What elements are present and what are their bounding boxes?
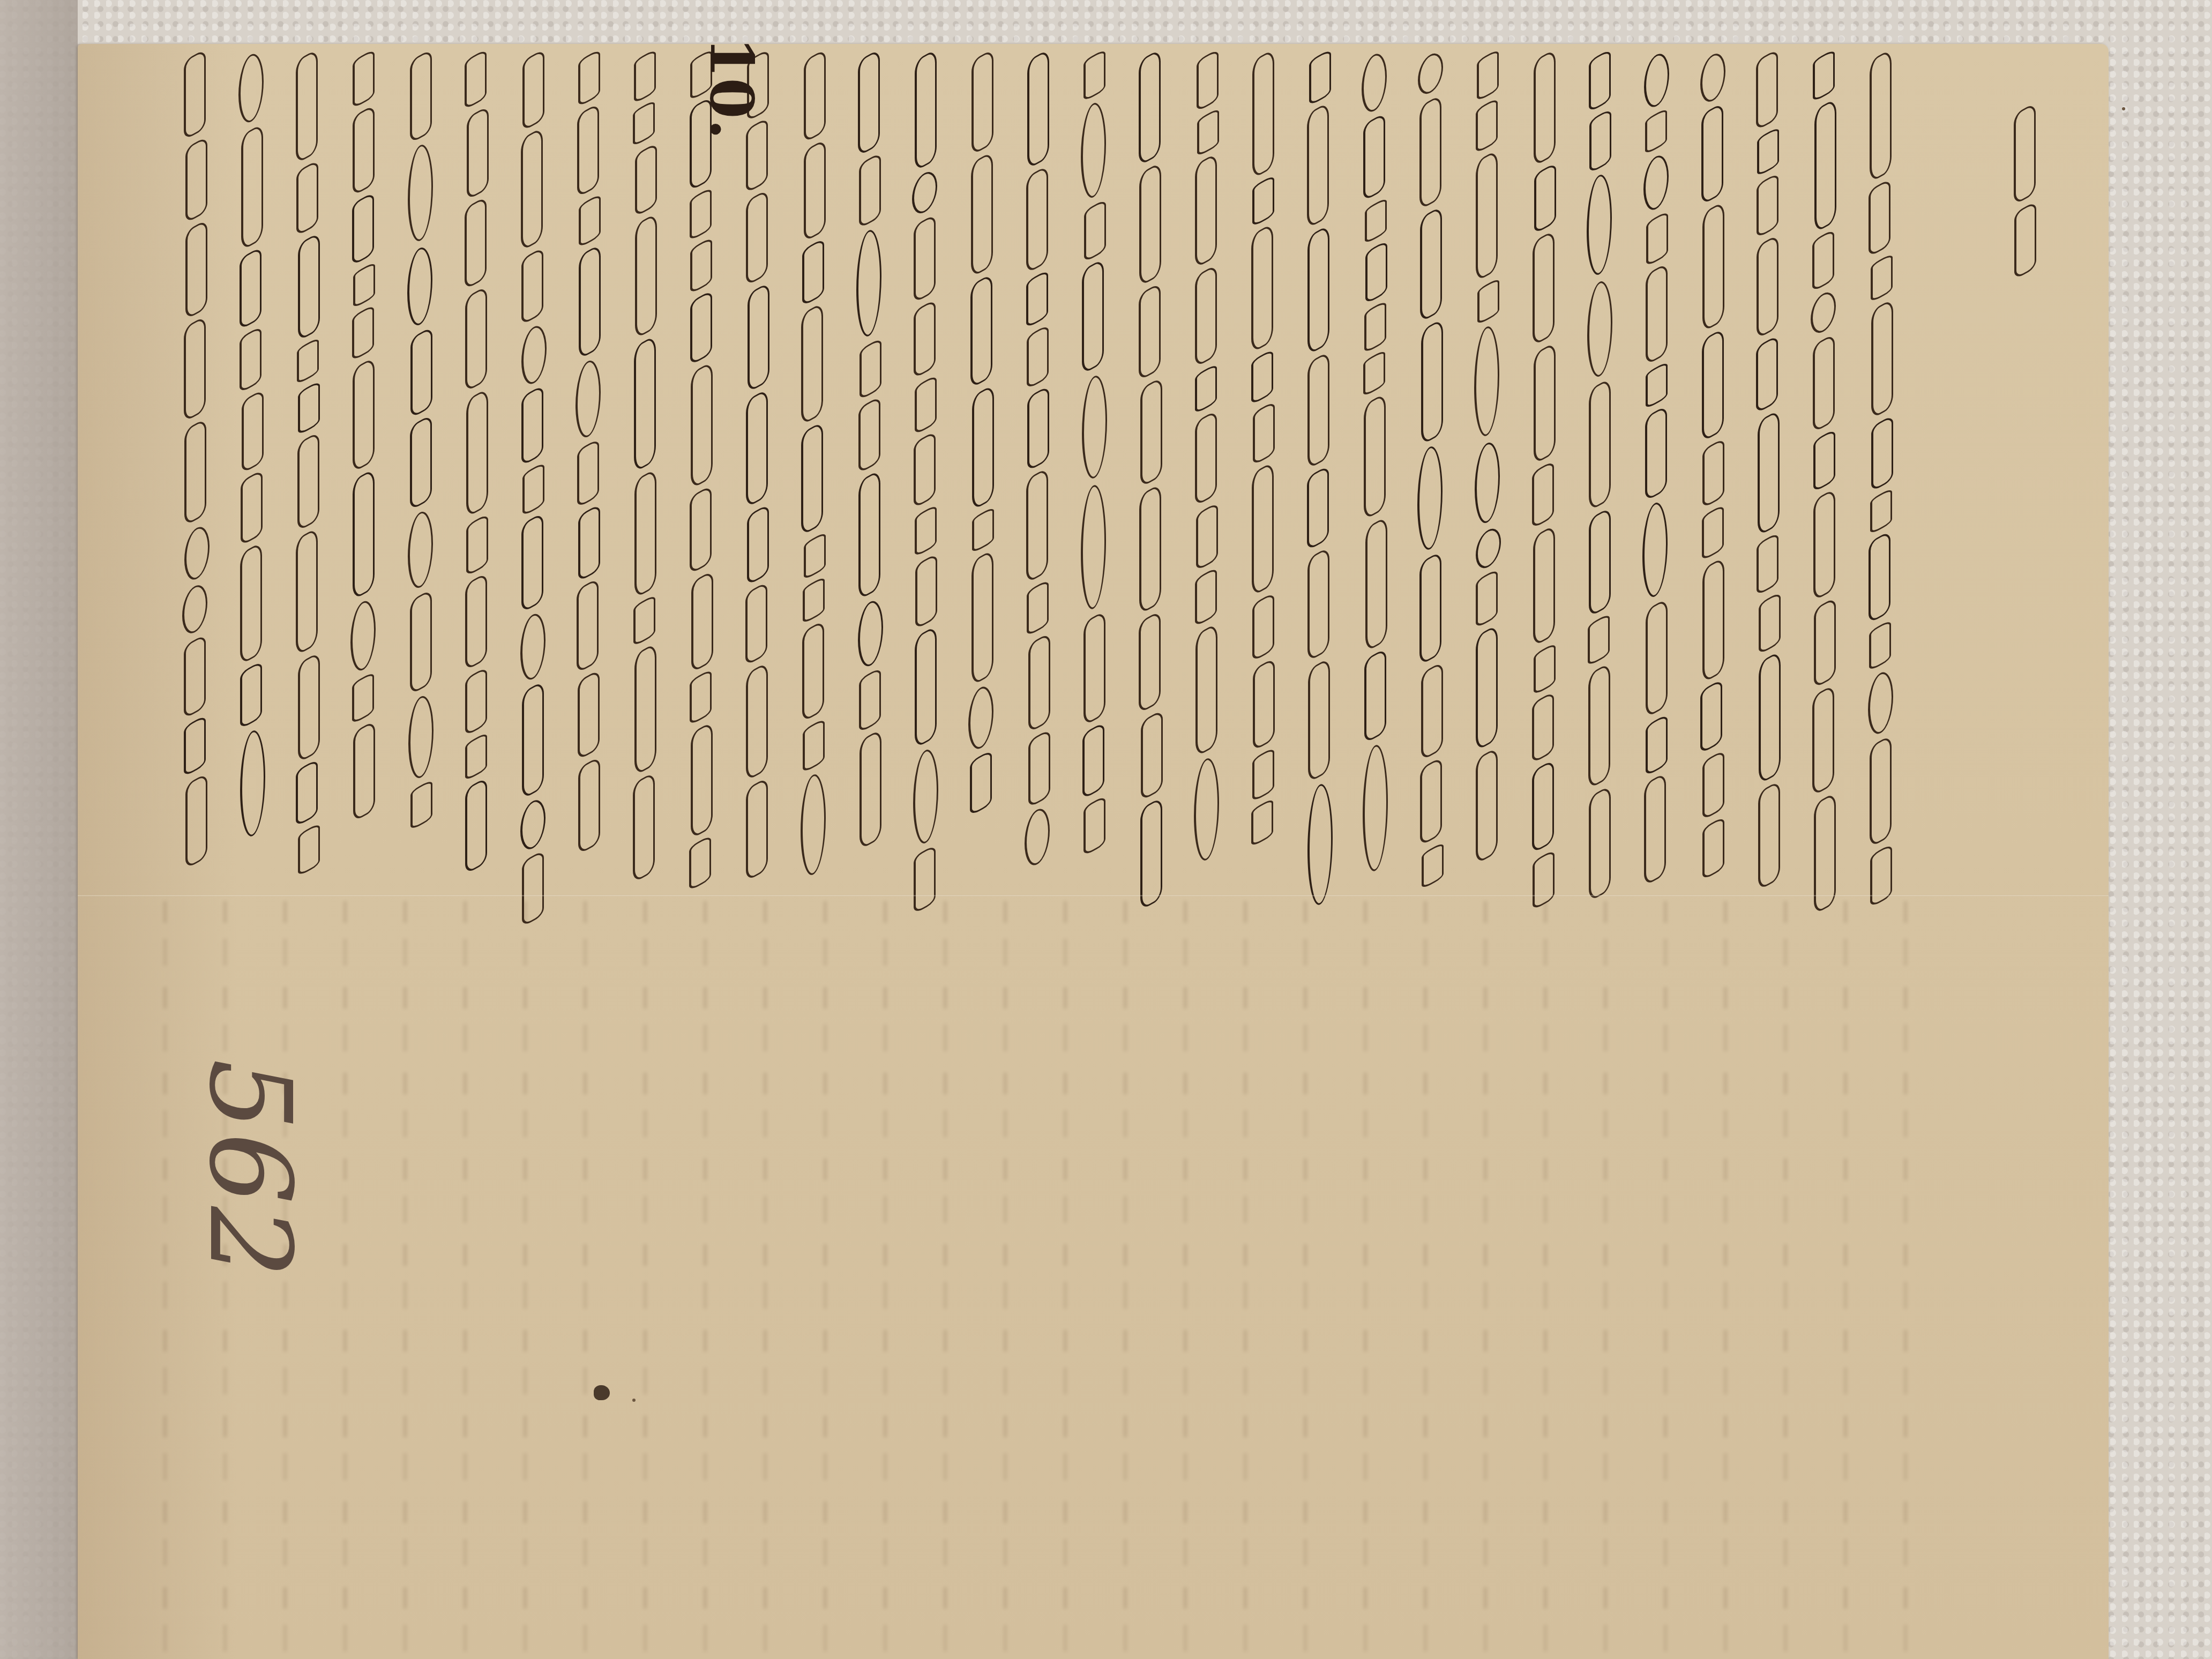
handwritten-word — [1813, 429, 1835, 492]
handwritten-word — [353, 357, 375, 473]
handwritten-word — [1589, 378, 1611, 511]
handwritten-word — [633, 100, 655, 147]
handwritten-word — [1813, 49, 1835, 102]
handwritten-word — [1812, 229, 1834, 292]
handwritten-word — [2014, 102, 2036, 205]
handwritten-word — [184, 634, 206, 719]
handwritten-line — [907, 55, 945, 908]
handwritten-word — [858, 469, 880, 600]
bleed-through-line — [764, 901, 767, 1659]
handwritten-word — [352, 192, 374, 266]
handwritten-word — [1534, 162, 1556, 234]
handwritten-word — [578, 49, 600, 107]
handwritten-word — [298, 380, 320, 436]
handwritten-word — [856, 224, 881, 343]
handwritten-word — [746, 777, 768, 881]
handwritten-word — [1253, 401, 1275, 466]
handwritten-line — [1413, 55, 1450, 884]
handwritten-word — [1252, 747, 1274, 802]
handwritten-word — [1757, 126, 1779, 177]
handwritten-word — [747, 504, 769, 586]
handwritten-word — [465, 667, 487, 736]
handwritten-line — [1357, 55, 1394, 871]
handwritten-word — [1195, 153, 1217, 268]
bleed-through-line — [884, 901, 887, 1659]
handwritten-word — [1869, 530, 1890, 624]
handwritten-word — [1364, 393, 1386, 520]
handwritten-word — [972, 384, 994, 511]
handwritten-word — [298, 652, 320, 763]
handwritten-word — [297, 337, 319, 385]
handwritten-word — [240, 246, 261, 330]
handwritten-word — [1476, 98, 1498, 154]
handwritten-word — [1422, 842, 1444, 890]
handwritten-word — [1251, 798, 1273, 847]
fold-crease — [78, 895, 2109, 896]
handwritten-word — [350, 595, 376, 677]
handwritten-word — [408, 506, 433, 594]
handwritten-text-block — [78, 44, 2109, 896]
handwritten-word — [352, 671, 374, 724]
handwritten-word — [1702, 504, 1724, 561]
handwritten-word — [689, 835, 711, 891]
handwritten-word — [1476, 569, 1498, 629]
handwritten-word — [240, 724, 265, 843]
handwritten-line — [1750, 55, 1787, 885]
handwritten-word — [1868, 667, 1893, 740]
handwritten-word — [1420, 757, 1442, 846]
handwritten-word — [1083, 49, 1105, 102]
handwritten-word — [1421, 318, 1443, 445]
handwritten-word — [1195, 623, 1217, 757]
bleed-through-line — [1844, 901, 1847, 1659]
handwritten-word — [690, 187, 712, 241]
handwritten-word — [1081, 97, 1106, 204]
bleed-through-line — [1784, 901, 1787, 1659]
handwritten-word — [1084, 199, 1106, 263]
bleed-through-line — [464, 901, 467, 1659]
handwritten-word — [353, 720, 375, 822]
paper-speck — [632, 1399, 636, 1402]
handwritten-word — [410, 414, 432, 511]
handwritten-word — [1253, 657, 1275, 751]
handwritten-word — [1701, 102, 1723, 205]
handwritten-word — [1702, 816, 1724, 880]
handwritten-word — [1756, 49, 1778, 131]
handwritten-word — [1532, 759, 1554, 854]
handwritten-word — [1702, 557, 1724, 683]
handwritten-word — [1476, 624, 1498, 751]
handwritten-word — [408, 690, 434, 784]
handwritten-word — [1589, 785, 1611, 902]
handwritten-line — [514, 55, 551, 921]
handwritten-word — [1646, 714, 1668, 776]
handwritten-word — [1534, 49, 1556, 167]
handwritten-word — [1362, 48, 1387, 118]
handwritten-word — [1587, 275, 1612, 383]
handwritten-word — [1533, 230, 1555, 346]
handwritten-word — [182, 580, 207, 639]
handwritten-word — [1758, 780, 1780, 891]
handwritten-word — [1757, 234, 1778, 339]
handwritten-word — [745, 581, 767, 666]
handwritten-word — [970, 273, 992, 388]
bleed-through-line — [163, 901, 167, 1659]
handwritten-word — [1195, 264, 1217, 368]
handwritten-word — [1589, 507, 1611, 617]
handwritten-word — [1702, 328, 1724, 442]
handwritten-line — [570, 55, 608, 849]
bleed-through-line — [1244, 901, 1247, 1659]
handwritten-word — [915, 553, 937, 630]
handwritten-word — [1363, 349, 1385, 397]
bleed-through-line — [1304, 901, 1307, 1659]
handwritten-word — [353, 49, 375, 109]
bleed-through-line — [343, 901, 347, 1659]
handwritten-word — [1139, 162, 1161, 287]
bleed-through-line — [1484, 901, 1487, 1659]
bleed-through-line — [1724, 901, 1727, 1659]
handwritten-word — [520, 608, 545, 686]
handwritten-word — [296, 759, 318, 827]
handwritten-word — [746, 662, 768, 781]
handwritten-word — [859, 667, 881, 733]
handwritten-word — [691, 721, 713, 839]
handwritten-line — [683, 55, 720, 885]
handwritten-word — [1476, 150, 1498, 282]
handwritten-word — [522, 462, 544, 517]
handwritten-word — [1252, 49, 1274, 179]
handwritten-word — [801, 302, 823, 425]
handwritten-word — [1139, 610, 1161, 714]
handwritten-word — [1642, 497, 1668, 603]
handwritten-word — [1196, 502, 1218, 571]
handwritten-line — [738, 55, 776, 876]
handwritten-word — [1194, 752, 1219, 867]
handwritten-word — [410, 326, 432, 419]
handwritten-word — [1139, 282, 1161, 381]
handwritten-word — [746, 388, 768, 508]
bleed-through-line — [944, 901, 947, 1659]
handwritten-word — [804, 532, 826, 580]
bleed-through-line — [584, 901, 587, 1659]
handwritten-word — [691, 361, 713, 489]
bleed-through-line — [644, 901, 647, 1659]
bleed-through-line — [403, 901, 407, 1659]
handwritten-word — [578, 504, 600, 582]
handwritten-word — [466, 388, 488, 518]
handwritten-word — [972, 506, 994, 554]
handwritten-word — [1870, 843, 1892, 908]
handwritten-word — [410, 49, 432, 144]
handwritten-word — [802, 238, 824, 307]
handwritten-word — [1365, 516, 1387, 652]
handwritten-word — [1813, 333, 1835, 433]
handwritten-word — [1757, 532, 1778, 596]
handwritten-word — [410, 589, 432, 695]
handwritten-line — [1694, 55, 1731, 875]
handwritten-word — [1139, 483, 1161, 615]
handwritten-word — [1756, 335, 1778, 414]
handwritten-word — [522, 49, 544, 131]
handwritten-line — [177, 55, 214, 863]
handwritten-word — [1365, 197, 1387, 244]
handwritten-word — [1307, 778, 1333, 911]
handwritten-line — [1469, 55, 1506, 858]
handwritten-line — [1862, 55, 1900, 902]
handwritten-word — [1251, 223, 1273, 353]
handwritten-line — [1075, 55, 1113, 850]
handwritten-word — [1083, 610, 1105, 726]
handwritten-word — [1477, 49, 1499, 102]
handwritten-word — [802, 620, 824, 722]
handwritten-word — [633, 772, 655, 883]
handwritten-line — [851, 55, 888, 844]
handwritten-word — [858, 49, 880, 156]
inline-number-marker: 10. — [697, 37, 766, 139]
handwritten-word — [578, 669, 600, 760]
handwritten-word — [1307, 547, 1329, 662]
bleed-through-line — [1124, 901, 1127, 1659]
handwritten-word — [521, 127, 543, 251]
paper-speck — [2122, 107, 2125, 110]
bleed-through-line — [283, 901, 287, 1659]
handwritten-word — [1139, 49, 1161, 166]
handwritten-word — [1589, 108, 1611, 174]
handwritten-word — [1587, 169, 1612, 281]
handwritten-word — [691, 570, 713, 673]
handwritten-word — [521, 385, 543, 466]
handwritten-word — [634, 642, 656, 776]
handwritten-word — [860, 729, 881, 850]
handwritten-word — [184, 316, 206, 422]
handwritten-word — [185, 136, 207, 223]
handwritten-word — [1307, 351, 1329, 469]
handwritten-line — [1525, 55, 1563, 905]
handwritten-word — [1420, 206, 1442, 323]
handwritten-word — [1589, 49, 1611, 113]
handwritten-word — [1195, 363, 1217, 414]
handwritten-word — [690, 669, 712, 726]
bleed-through-line — [824, 901, 827, 1659]
handwritten-word — [746, 189, 768, 286]
handwritten-word — [297, 431, 319, 532]
handwritten-word — [1814, 98, 1836, 233]
handwritten-word — [1081, 479, 1106, 616]
handwritten-word — [968, 681, 993, 755]
page-number: 562 — [184, 1059, 316, 1280]
handwritten-word — [912, 167, 937, 219]
handwritten-word — [1475, 437, 1500, 529]
handwritten-word — [465, 572, 487, 671]
handwritten-word — [467, 106, 489, 200]
handwritten-word — [240, 542, 262, 665]
bleed-through-line — [1364, 901, 1367, 1659]
handwritten-word — [296, 49, 318, 164]
handwritten-word — [578, 756, 600, 855]
bleed-through-line — [1544, 901, 1547, 1659]
handwritten-line — [1806, 55, 1843, 909]
handwritten-word — [634, 468, 656, 599]
handwritten-word — [240, 661, 262, 729]
handwritten-word — [1871, 415, 1893, 492]
handwritten-word — [748, 282, 769, 393]
handwritten-word — [522, 681, 544, 799]
handwritten-word — [1476, 524, 1501, 574]
handwritten-word — [1477, 278, 1499, 325]
handwritten-word — [914, 299, 936, 379]
handwritten-word — [690, 485, 712, 574]
handwritten-word — [185, 773, 207, 869]
handwritten-word — [184, 715, 206, 777]
handwritten-line — [1301, 55, 1338, 905]
handwritten-word — [1027, 49, 1049, 169]
handwritten-word — [971, 151, 993, 278]
handwritten-word — [521, 247, 543, 325]
handwritten-word — [241, 469, 263, 546]
handwritten-word — [635, 143, 657, 217]
handwritten-word — [858, 595, 883, 672]
handwritten-word — [465, 777, 487, 875]
handwritten-line — [458, 55, 495, 869]
handwritten-word — [1757, 173, 1778, 238]
handwritten-word — [1027, 579, 1049, 637]
bleed-through-text — [153, 901, 2028, 1659]
handwritten-word — [801, 768, 826, 881]
handwritten-word — [184, 418, 206, 526]
handwritten-word — [577, 103, 599, 198]
handwritten-word — [353, 468, 375, 600]
handwritten-word — [915, 49, 937, 171]
handwritten-line — [233, 55, 271, 836]
handwritten-word — [1421, 661, 1443, 761]
handwritten-word — [1811, 287, 1836, 339]
handwritten-word — [1309, 49, 1331, 106]
handwritten-word — [238, 48, 264, 129]
handwritten-word — [803, 576, 825, 624]
handwritten-word — [1813, 488, 1835, 601]
handwritten-word — [1419, 551, 1441, 666]
handwritten-word — [859, 152, 881, 229]
handwritten-word — [1082, 370, 1107, 485]
handwritten-word — [972, 49, 993, 155]
handwritten-line — [1638, 55, 1675, 880]
handwritten-word — [1532, 460, 1554, 529]
handwritten-word — [1141, 709, 1163, 801]
handwritten-word — [2014, 201, 2036, 280]
handwritten-word — [1027, 324, 1049, 390]
handwritten-word — [353, 261, 375, 309]
bleed-through-line — [1064, 901, 1067, 1659]
handwritten-word — [1364, 648, 1386, 744]
handwritten-word — [804, 139, 826, 242]
handwritten-word — [915, 504, 937, 557]
handwritten-word — [184, 49, 206, 140]
handwritten-word — [1026, 467, 1048, 584]
handwritten-word — [1700, 679, 1722, 754]
handwritten-word — [296, 527, 318, 656]
handwritten-word — [634, 49, 656, 104]
handwritten-word — [185, 219, 207, 320]
handwritten-line — [626, 55, 664, 877]
handwritten-word — [296, 160, 318, 236]
handwritten-word — [1645, 405, 1667, 502]
handwritten-word — [1870, 735, 1892, 848]
handwritten-word — [1026, 270, 1048, 328]
handwritten-word — [1417, 440, 1443, 556]
handwritten-word — [353, 104, 375, 196]
handwritten-line — [2007, 108, 2044, 274]
handwritten-word — [1476, 747, 1498, 864]
handwritten-word — [915, 625, 937, 749]
handwritten-word — [1533, 525, 1555, 647]
ink-blot — [594, 1385, 610, 1400]
handwritten-word — [465, 196, 487, 290]
handwritten-word — [1252, 461, 1274, 596]
handwritten-word — [1870, 488, 1892, 535]
handwritten-line — [795, 55, 832, 875]
handwritten-word — [1365, 240, 1387, 304]
manuscript-page — [78, 44, 2109, 1659]
handwritten-line — [1020, 55, 1057, 864]
handwritten-word — [1644, 772, 1666, 886]
handwritten-word — [1588, 662, 1610, 789]
handwritten-word — [1702, 438, 1724, 509]
handwritten-word — [1251, 349, 1273, 405]
handwritten-word — [1195, 567, 1217, 627]
handwritten-word — [1869, 178, 1890, 257]
handwritten-word — [240, 326, 261, 393]
handwritten-word — [408, 139, 433, 248]
handwritten-word — [1758, 409, 1780, 536]
handwritten-word — [913, 744, 938, 850]
handwritten-word — [1643, 150, 1669, 216]
bleed-through-line — [1424, 901, 1427, 1659]
handwritten-word — [1027, 385, 1049, 472]
bleed-through-line — [1004, 901, 1007, 1659]
handwritten-word — [521, 512, 543, 613]
handwritten-word — [1082, 722, 1104, 799]
bleed-through-line — [1904, 901, 1907, 1659]
bleed-through-line — [223, 901, 227, 1659]
bleed-through-line — [704, 901, 707, 1659]
bleed-through-line — [524, 901, 527, 1659]
handwritten-word — [1645, 108, 1667, 155]
handwritten-word — [804, 49, 826, 143]
handwritten-word — [1140, 377, 1162, 488]
handwritten-word — [1308, 657, 1330, 783]
handwritten-word — [1646, 263, 1668, 365]
handwritten-word — [1646, 361, 1668, 409]
handwritten-word — [1307, 102, 1329, 229]
handwritten-word — [1307, 225, 1329, 355]
handwritten-word — [1644, 48, 1669, 113]
handwritten-word — [184, 521, 210, 586]
handwritten-line — [401, 55, 439, 825]
handwritten-word — [577, 578, 599, 674]
handwritten-word — [914, 214, 936, 303]
handwritten-line — [1581, 55, 1619, 896]
handwritten-word — [1532, 691, 1554, 764]
handwritten-word — [1026, 165, 1048, 274]
handwritten-word — [915, 375, 937, 435]
handwritten-word — [1702, 750, 1724, 820]
handwritten-line — [1132, 55, 1169, 905]
handwritten-word — [1197, 108, 1219, 157]
handwritten-word — [1025, 803, 1050, 871]
handwritten-word — [1700, 48, 1725, 108]
handwritten-word — [1814, 597, 1836, 689]
